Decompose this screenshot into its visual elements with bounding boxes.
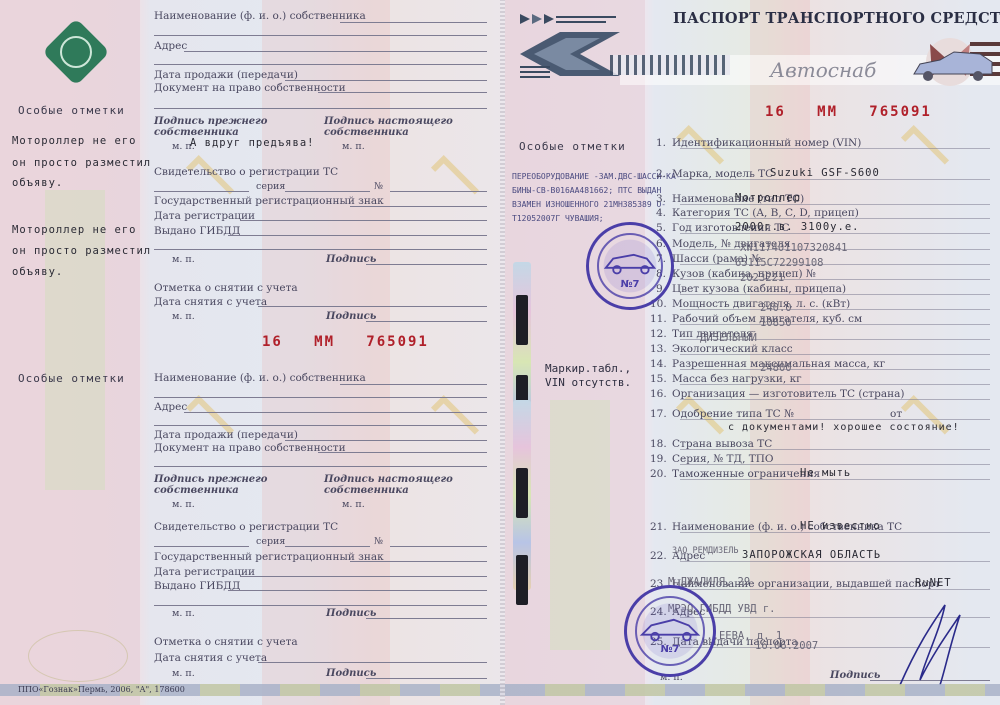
- field-line: [228, 235, 487, 236]
- field-line: [680, 479, 990, 480]
- field-number: 14.: [650, 358, 667, 370]
- field-line: [350, 561, 487, 562]
- address-label: Адрес: [154, 401, 187, 413]
- special-marks-label: Особые отметки: [519, 140, 626, 153]
- field-value: RuNET: [915, 577, 952, 589]
- car-logo-icon: [910, 36, 1000, 88]
- serial-number: 16 MM 765091: [765, 104, 932, 120]
- field-line: [340, 22, 487, 23]
- field-line: [680, 532, 990, 533]
- type-approval-note: с документами! хорошее состояние!: [728, 422, 960, 433]
- police-car-icon: [627, 588, 713, 674]
- field-value: 10850: [760, 317, 792, 329]
- sale-date-label: Дата продажи (передачи): [154, 429, 298, 441]
- deregistration-label: Отметка о снятии с учета: [154, 636, 298, 648]
- field-line: [366, 321, 487, 322]
- left-page: Особые отметки Мотороллер не его он прос…: [0, 0, 505, 705]
- number-label: №: [374, 536, 383, 547]
- field-value: НЕ известно: [800, 520, 881, 532]
- field-number: 17.: [650, 408, 667, 420]
- brand-signature: Автоснаб: [770, 58, 876, 82]
- stamp-place-label: м. п.: [172, 668, 195, 679]
- decor-chevron: [676, 125, 724, 173]
- field-line: [680, 264, 990, 265]
- field-line: [154, 249, 487, 250]
- dereg-date-label: Дата снятия с учета: [154, 652, 267, 664]
- hologram-tag: [516, 468, 528, 518]
- stamp-place-label: м. п.: [342, 141, 365, 152]
- field-number: 12.: [650, 328, 667, 340]
- curr-owner-sig-label: Подпись настоящего: [324, 474, 453, 485]
- stamp-place-label: м. п.: [172, 254, 195, 265]
- field-line: [680, 449, 990, 450]
- field-number: 16.: [650, 388, 667, 400]
- field-value: Мотроллер: [735, 192, 801, 204]
- field-line: [350, 206, 487, 207]
- field-number: 19.: [650, 453, 667, 465]
- conversion-note-line: БИНЫ-СВ-B016АА481662; ПТС ВЫДАН: [512, 186, 661, 195]
- field-line: [340, 384, 487, 385]
- field-line: [680, 148, 990, 149]
- field-line: [680, 204, 990, 205]
- field-line: [680, 384, 990, 385]
- field-line: [680, 218, 990, 219]
- field-line: [154, 191, 249, 192]
- handwritten-note-line: Мотороллер не его: [12, 224, 136, 236]
- stamp-place-label: м. п.: [342, 499, 365, 510]
- handwritten-signature-icon: [890, 600, 970, 690]
- field-line: [680, 279, 990, 280]
- field-line: [285, 440, 487, 441]
- stamp-place-label: м. п.: [172, 499, 195, 510]
- field-line: [154, 397, 487, 398]
- inline-note: А вдруг предъява!: [190, 137, 314, 149]
- field-number: 2.: [656, 168, 666, 180]
- address-stamp-1: ЗАО РЕМДИЗЕЛЬ: [672, 546, 739, 556]
- serial-number: 16 MM 765091: [262, 334, 429, 350]
- hologram-tag: [516, 555, 528, 605]
- handwritten-note-line: объяву.: [12, 266, 63, 278]
- field-line: [680, 179, 990, 180]
- prev-owner-sig-label: Подпись прежнего: [154, 474, 267, 485]
- field-line: [680, 233, 990, 234]
- field-line: [285, 546, 370, 547]
- field-line: [680, 324, 990, 325]
- field-line: [184, 51, 487, 52]
- field-line: [366, 618, 487, 619]
- field-line: [390, 546, 487, 547]
- field-line: [680, 589, 990, 590]
- field-number: 21.: [650, 521, 667, 533]
- ownership-doc-label: Документ на право собственности: [154, 442, 346, 454]
- owner-name-label: Наименование (ф. и. о.) собственника: [154, 372, 366, 384]
- field-number: 3.: [656, 193, 666, 205]
- special-marks-label: Особые отметки: [18, 372, 125, 385]
- field-number: 13.: [650, 343, 667, 355]
- field-value: ЗАПОРОЖСКАЯ ОБЛАСТЬ: [742, 549, 881, 561]
- marking-note-line: Маркир.табл.,: [545, 362, 631, 375]
- handwritten-note-line: Мотороллер не его: [12, 135, 136, 147]
- field-line: [154, 425, 487, 426]
- conversion-note-line: ВЗАМЕН ИЗНОШЕННОГО 21МН385389 О-: [512, 200, 666, 209]
- stamp-place-label: м. п.: [172, 311, 195, 322]
- field-line: [680, 561, 990, 562]
- ownership-doc-label: Документ на право собственности: [154, 82, 346, 94]
- decor-chevron: [431, 155, 479, 203]
- field-number: 20.: [650, 468, 667, 480]
- emblem-pattern: [610, 55, 730, 75]
- field-line: [154, 108, 487, 109]
- decor-band: [262, 0, 390, 705]
- field-number: 18.: [650, 438, 667, 450]
- curr-owner-sig-label: собственника: [324, 485, 409, 496]
- field-line: [680, 464, 990, 465]
- field-line: [285, 80, 487, 81]
- field-line: [680, 354, 990, 355]
- footer-print-info: ППО«Гознак»Пермь, 2006, "А", 178600: [18, 685, 185, 694]
- conversion-note-line: Т12052007Г ЧУВАШИЯ;: [512, 214, 604, 223]
- field-number: 15.: [650, 373, 667, 385]
- owner-name-label: Наименование (ф. и. о.) собственника: [154, 10, 366, 22]
- field-number: 22.: [650, 550, 667, 562]
- field-from-label: от: [890, 408, 902, 420]
- police-car-icon: [589, 225, 671, 307]
- field-line: [680, 399, 990, 400]
- curr-owner-sig-label: собственника: [324, 127, 409, 138]
- handwritten-note-line: он просто разместил: [12, 157, 151, 169]
- field-value: Не мыть: [800, 467, 851, 479]
- special-marks-label: Особые отметки: [18, 104, 125, 117]
- marking-note-line: VIN отсутств.: [545, 376, 631, 389]
- stamp-place-label: м. п.: [172, 608, 195, 619]
- field-number: 11.: [650, 313, 667, 325]
- deregistration-label: Отметка о снятии с учета: [154, 282, 298, 294]
- field-line: [240, 220, 487, 221]
- field-line: [154, 64, 487, 65]
- decor-chevron: [431, 395, 479, 443]
- stamp-number: №7: [589, 279, 671, 290]
- number-label: №: [374, 181, 383, 192]
- prev-owner-sig-label: Подпись прежнего: [154, 116, 267, 127]
- curr-owner-sig-label: Подпись настоящего: [324, 116, 453, 127]
- handwritten-note-line: объяву.: [12, 177, 63, 189]
- field-line: [366, 264, 487, 265]
- field-line: [680, 294, 990, 295]
- field-number: 1.: [656, 137, 666, 149]
- field-line: [154, 35, 487, 36]
- field-line: [154, 466, 487, 467]
- field-line: [258, 662, 487, 663]
- hologram-tag: [516, 295, 528, 345]
- field-line: [318, 92, 487, 93]
- dereg-date-label: Дата снятия с учета: [154, 296, 267, 308]
- field-line: [285, 191, 370, 192]
- field-value: Suzuki GSF-S600: [770, 167, 880, 179]
- decor-chevron: [901, 125, 949, 173]
- field-line: [154, 605, 487, 606]
- seal-watermark-icon: [28, 630, 128, 682]
- reg-cert-label: Свидетельство о регистрации ТС: [154, 166, 338, 178]
- document-title: ПАСПОРТ ТРАНСПОРТНОГО СРЕДСТВА: [673, 10, 1000, 27]
- field-line: [318, 452, 487, 453]
- field-line: [366, 678, 487, 679]
- prev-owner-sig-label: собственника: [154, 485, 239, 496]
- decor-band: [550, 400, 610, 650]
- series-label: серия: [256, 536, 285, 547]
- field-line: [390, 191, 487, 192]
- police-stamp-icon: №7: [586, 222, 674, 310]
- field-line: [258, 306, 487, 307]
- reg-cert-label: Свидетельство о регистрации ТС: [154, 521, 338, 533]
- field-value: 2000г.в. 3100у.е.: [735, 221, 859, 233]
- handwritten-note-line: он просто разместил: [12, 245, 151, 257]
- address-label: Адрес: [154, 40, 187, 52]
- sale-date-label: Дата продажи (передачи): [154, 69, 298, 81]
- field-line: [240, 576, 487, 577]
- field-line: [680, 419, 990, 420]
- stamp-number: №7: [627, 644, 713, 655]
- field-line: [154, 546, 249, 547]
- field-line: [680, 309, 990, 310]
- footer-strip: [505, 684, 1000, 696]
- police-stamp-icon: №7: [624, 585, 716, 677]
- field-line: [680, 369, 990, 370]
- field-number: 4.: [656, 207, 666, 219]
- field-line: [228, 590, 487, 591]
- series-label: серия: [256, 181, 285, 192]
- field-line: [184, 412, 487, 413]
